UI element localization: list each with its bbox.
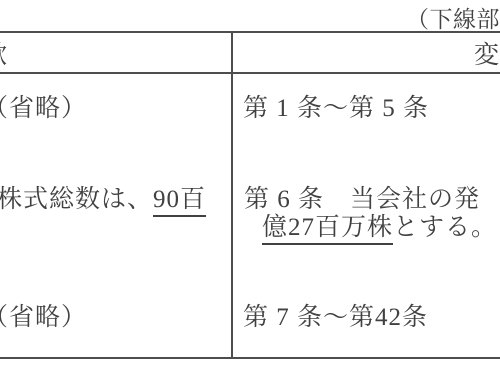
header-current-articles: 現行定款 (0, 42, 8, 70)
row2-current-prefix: 株式総数は、 (0, 186, 153, 213)
row3-amendment-articles-range: 第 7 条～第42条 (243, 304, 428, 332)
underline-note: （下線部 (406, 1, 500, 34)
row1-current-omitted: （省略） (0, 95, 87, 123)
column-divider (231, 31, 233, 359)
amendment-comparison-page: （下線部 現行定款 変更案 （省略） 第 1 条～第 5 条 （ 株式総数は、9… (0, 0, 500, 383)
row2-amendment-line2-rest: とする。 (393, 214, 497, 241)
row3-current-omitted: （省略） (0, 304, 87, 332)
row2-current-underlined-value: 90百 (153, 186, 206, 217)
row2-current-share-total: 株式総数は、90百 (0, 186, 206, 214)
header-bottom-border (0, 72, 500, 74)
row3-clipped-fragment: （ (491, 305, 500, 333)
row2-amendment-underlined-value: 億27百万株 (262, 214, 393, 245)
table-bottom-border (0, 357, 500, 359)
row1-clipped-fragment: （ (495, 96, 500, 124)
row1-amendment-articles-range: 第 1 条～第 5 条 (243, 95, 429, 123)
header-proposed-amendment: 変更案 (474, 42, 500, 70)
row2-amendment-line2: 億27百万株とする。 (262, 214, 497, 242)
table-top-border (0, 31, 500, 33)
row2-amendment-line1: 第 6 条 当会社の発 (244, 186, 497, 214)
row2-amendment-article6: 第 6 条 当会社の発 億27百万株とする。 (244, 186, 497, 242)
